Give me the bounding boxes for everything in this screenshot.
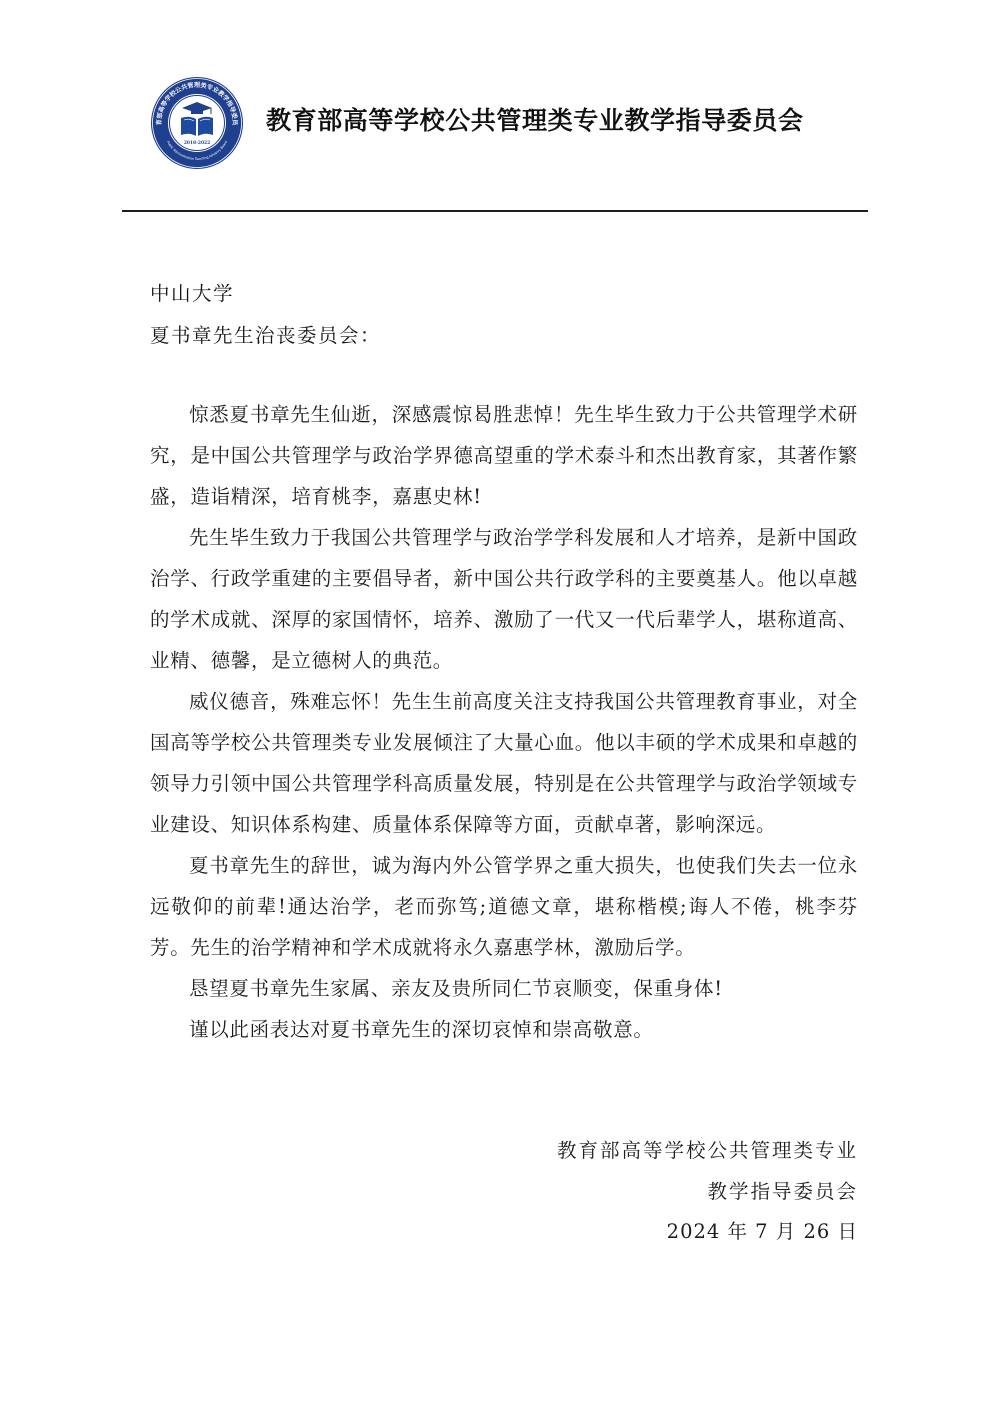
body-paragraph-2: 先生毕生致力于我国公共管理学与政治学学科发展和人才培养，是新中国政治学、行政学重…	[150, 517, 858, 681]
svg-text:2018-2022: 2018-2022	[184, 141, 210, 146]
body-paragraph-1: 惊悉夏书章先生仙逝，深感震惊曷胜悲悼！先生毕生致力于公共管理学术研究，是中国公共…	[150, 394, 858, 517]
body-paragraph-3: 威仪德音，殊难忘怀！先生生前高度关注支持我国公共管理教育事业，对全国高等学校公共…	[150, 681, 858, 845]
signature-date: 2024 年 7 月 26 日	[667, 1216, 858, 1244]
body-paragraph-6: 谨以此函表达对夏书章先生的深切哀悼和崇高敬意。	[150, 1009, 858, 1050]
addressee-line-1: 中山大学	[150, 278, 234, 306]
addressee-line-2: 夏书章先生治丧委员会：	[150, 320, 381, 348]
committee-emblem-icon: 教育部高等学校公共管理类专业教学指导委员会 Public Administrat…	[150, 76, 244, 170]
header-divider	[122, 210, 868, 212]
organization-title: 教育部高等学校公共管理类专业教学指导委员会	[266, 101, 804, 137]
letter-body: 惊悉夏书章先生仙逝，深感震惊曷胜悲悼！先生毕生致力于公共管理学术研究，是中国公共…	[150, 394, 858, 1050]
signature-line-2: 教学指导委员会	[707, 1176, 858, 1204]
signature-line-1: 教育部高等学校公共管理类专业	[557, 1135, 858, 1163]
body-paragraph-4: 夏书章先生的辞世，诚为海内外公管学界之重大损失，也使我们失去一位永远敬仰的前辈!…	[150, 845, 858, 968]
body-paragraph-5: 恳望夏书章先生家属、亲友及贵所同仁节哀顺变，保重身体!	[150, 968, 858, 1009]
